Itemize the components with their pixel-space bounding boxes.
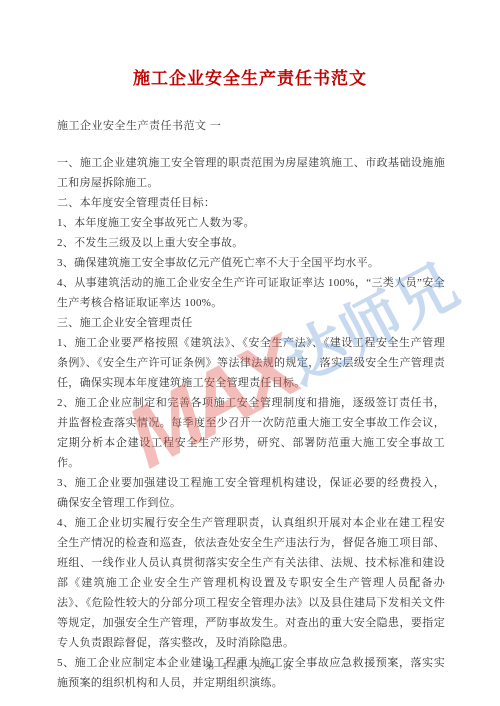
- paragraph: 4、从事建筑活动的施工企业安全生产许可证取证率达 100%，“三类人员”安全生产…: [57, 273, 445, 313]
- document-title: 施工企业安全生产责任书范文: [0, 0, 500, 89]
- paragraph: 1、本年度施工安全事故死亡人数为零。: [57, 213, 445, 233]
- paragraph: 3、确保建筑施工安全事故亿元产值死亡率不大于全国平均水平。: [57, 253, 445, 273]
- paragraph: 2、施工企业应制定和完善各项施工安全管理制度和措施，逐级签订责任书，并监督检查落…: [57, 393, 445, 473]
- paragraph: 三、施工企业安全管理责任: [57, 313, 445, 333]
- page-number: 第 1 页 共 4 页: [0, 659, 500, 672]
- document-subtitle: 施工企业安全生产责任书范文 一: [57, 117, 445, 133]
- paragraph: 3、施工企业要加强建设工程施工安全管理机构建设，保证必要的经费投入，确保安全管理…: [57, 473, 445, 513]
- paragraph: 1、施工企业要严格按照《建筑法》、《安全生产法》、《建设工程安全生产管理条例》、…: [57, 333, 445, 393]
- paragraph: 2、不发生三级及以上重大安全事故。: [57, 233, 445, 253]
- document-body: 一、施工企业建筑施工安全管理的职责范围为房屋建筑施工、市政基础设施施工和房屋拆除…: [57, 153, 445, 693]
- document-page: 施工企业安全生产责任书范文 施工企业安全生产责任书范文 一 一、施工企业建筑施工…: [0, 0, 500, 706]
- paragraph: 4、施工企业切实履行安全生产管理职责，认真组织开展对本企业在建工程安全生产情况的…: [57, 513, 445, 653]
- paragraph: 二、本年度安全管理责任目标：: [57, 193, 445, 213]
- paragraph: 一、施工企业建筑施工安全管理的职责范围为房屋建筑施工、市政基础设施施工和房屋拆除…: [57, 153, 445, 193]
